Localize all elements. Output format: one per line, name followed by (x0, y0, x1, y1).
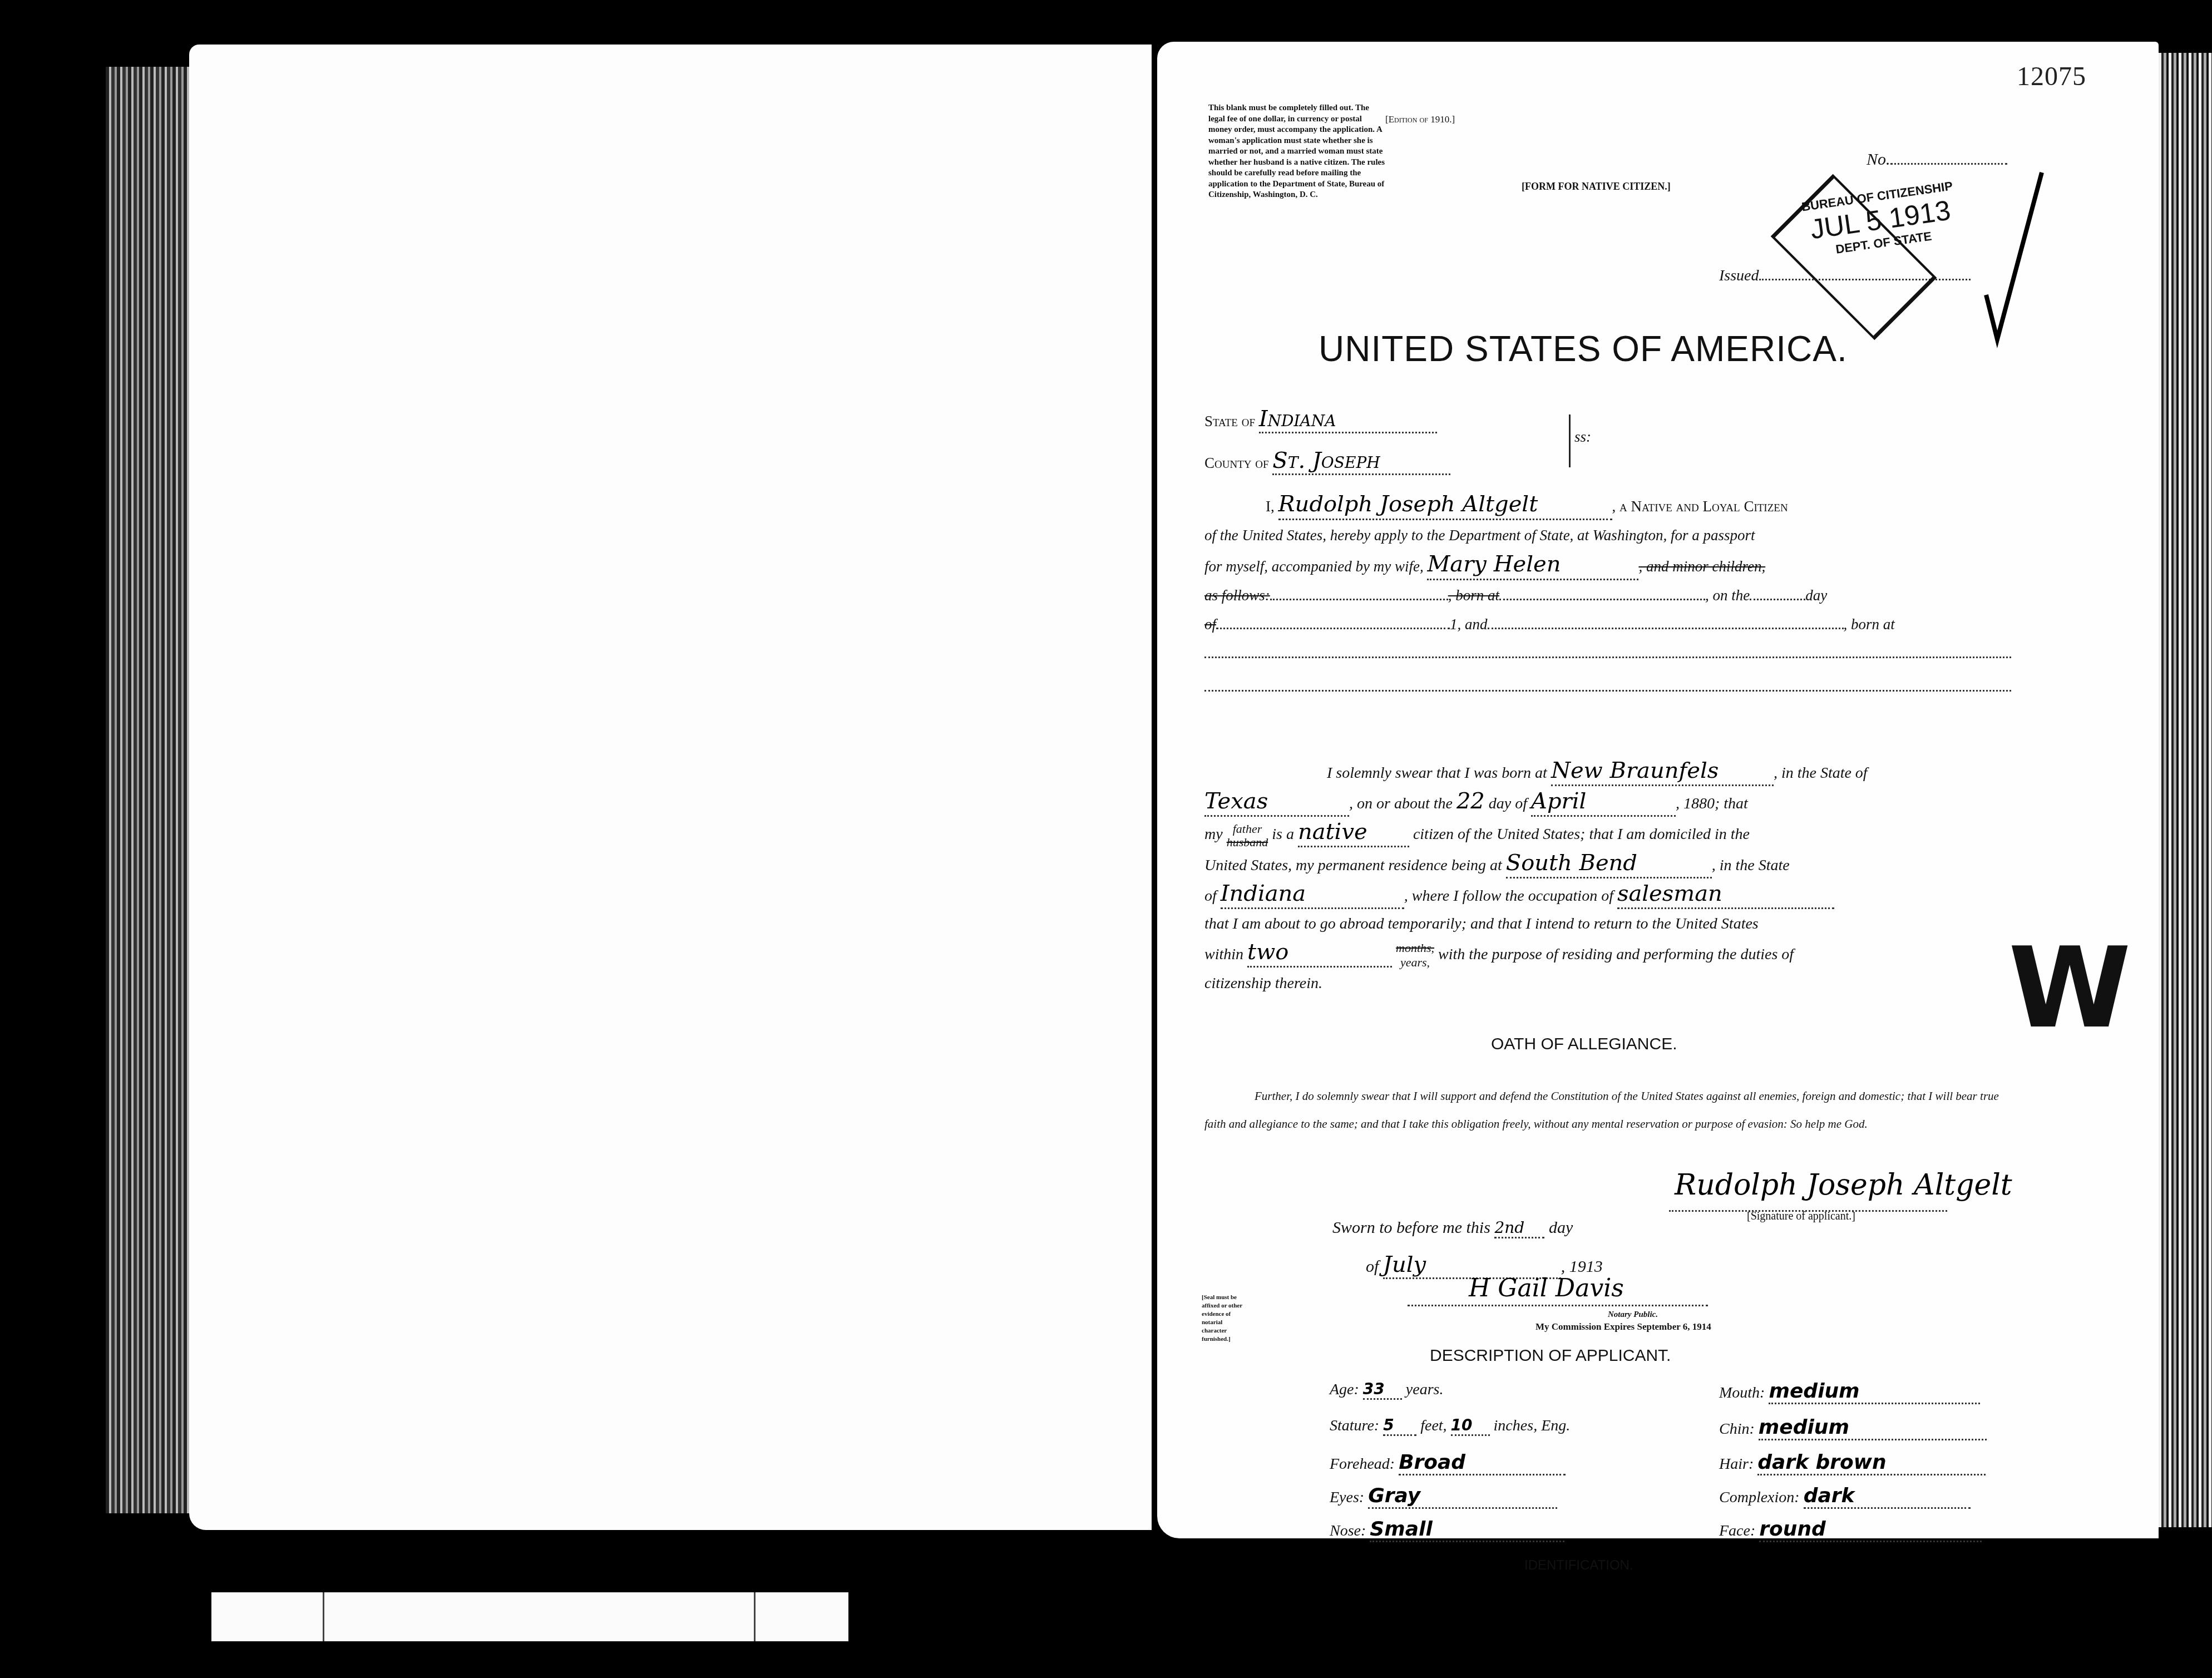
bracket (1569, 414, 1571, 467)
instructions-block: This blank must be completely filled out… (1208, 103, 1386, 201)
birth-day: 22 (1456, 788, 1485, 814)
desc-chin: Chin: medium (1719, 1416, 1987, 1440)
desc-forehead: Forehead: Broad (1330, 1451, 1566, 1475)
left-blank-page (189, 45, 1152, 1530)
residence-state: Indiana (1221, 880, 1404, 909)
bottom-paper-strip (211, 1592, 848, 1641)
sworn-field: Sworn to before me this 2nd day (1332, 1218, 1573, 1238)
birth-oath-paragraph: I solemnly swear that I was born at New … (1204, 757, 2017, 998)
ss-label: ss: (1574, 428, 1591, 446)
desc-face: Face: round (1719, 1518, 1982, 1542)
birth-month: April (1531, 787, 1676, 817)
edition-label: [Edition of 1910.] (1385, 114, 1455, 125)
applicant-signature: Rudolph Joseph Altgelt (1675, 1168, 2012, 1202)
issued-label: Issued (1719, 267, 1759, 284)
applicant-name: Rudolph Joseph Altgelt (1278, 490, 1612, 520)
occupation: salesman (1617, 880, 1834, 909)
strip-fold (323, 1592, 324, 1641)
sworn-day: 2nd (1494, 1218, 1544, 1238)
notary-signature: H Gail Davis (1469, 1274, 1624, 1302)
county-value: St. Joseph (1272, 448, 1450, 475)
desc-hair: Hair: dark brown (1719, 1451, 1986, 1475)
desc-eyes: Eyes: Gray (1330, 1484, 1557, 1509)
return-period: two (1247, 938, 1392, 968)
right-page-edges (2159, 53, 2212, 1527)
signature-label: [Signature of applicant.] (1747, 1210, 1855, 1223)
state-field: State of Indiana (1204, 406, 1437, 433)
description-heading: DESCRIPTION OF APPLICANT. (1430, 1346, 1671, 1365)
father-status: native (1298, 818, 1409, 847)
birth-state: Texas (1204, 787, 1349, 817)
seal-note: [Seal must be affixed or other evidence … (1202, 1294, 1246, 1344)
number-field: No. (1867, 150, 2007, 169)
residence: South Bend (1506, 849, 1712, 879)
desc-nose: Nose: Small (1330, 1518, 1564, 1542)
number-label: No. (1867, 150, 1890, 169)
check-mark-icon (1981, 167, 2047, 351)
form-type-label: [FORM FOR NATIVE CITIZEN.] (1522, 181, 1671, 193)
commission-expiry: My Commission Expires September 6, 1914 (1535, 1321, 1711, 1332)
identification-date: July 2d, 1913 (1725, 1552, 1848, 1572)
identification-heading: IDENTIFICATION. (1524, 1558, 1633, 1573)
desc-complexion: Complexion: dark (1719, 1484, 1971, 1509)
page-number: 12075 (2017, 61, 2086, 92)
strip-fold (754, 1592, 756, 1641)
desc-stature: Stature: 5 feet, 10 inches, Eng. (1330, 1416, 1570, 1436)
county-field: County of St. Joseph (1204, 448, 1450, 475)
wife-name: Mary Helen (1427, 550, 1638, 580)
left-page-edges (106, 67, 189, 1513)
margin-w-mark: W (2008, 924, 2131, 1053)
notary-label: Notary Public. (1608, 1310, 1658, 1320)
document-title: UNITED STATES OF AMERICA. (1319, 328, 1848, 369)
desc-age: Age: 33 years. (1330, 1380, 1444, 1400)
applicant-paragraph: I, Rudolph Joseph Altgelt, a Native and … (1204, 490, 2017, 701)
allegiance-heading: OATH OF ALLEGIANCE. (1491, 1035, 1677, 1054)
state-value: Indiana (1259, 406, 1437, 433)
allegiance-text: Further, I do solemnly swear that I will… (1204, 1082, 2011, 1138)
desc-mouth: Mouth: medium (1719, 1380, 1980, 1404)
birthplace: New Braunfels (1551, 757, 1774, 786)
